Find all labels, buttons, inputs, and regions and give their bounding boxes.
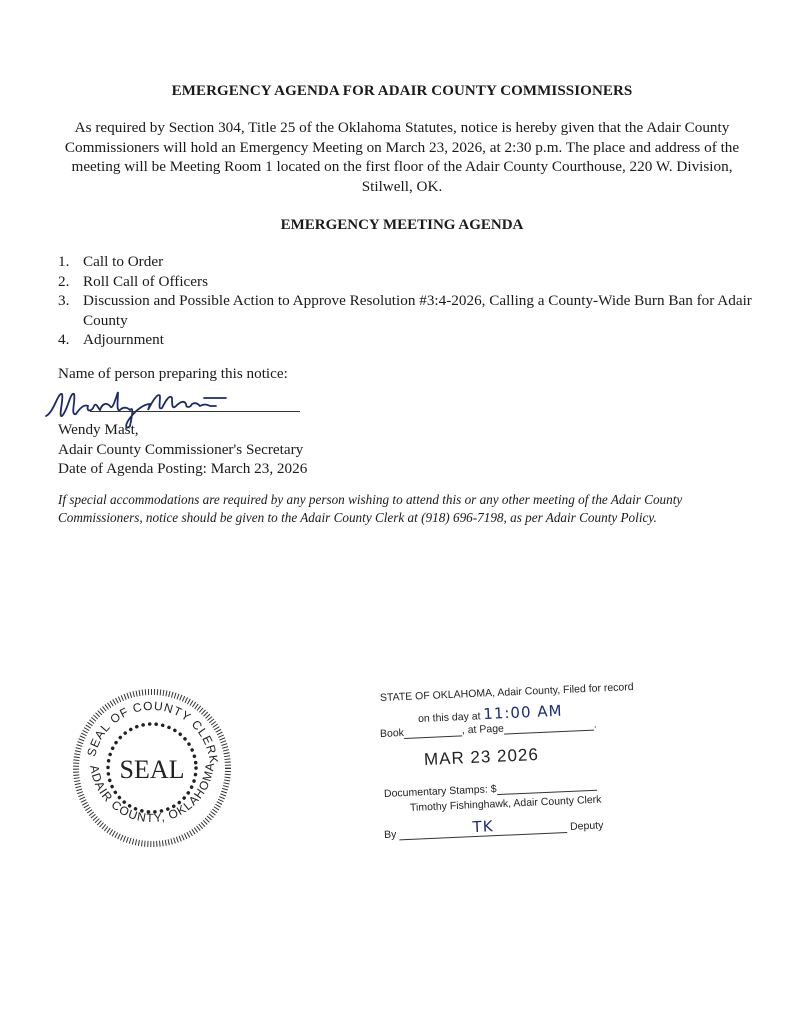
agenda-list: 1.Call to Order 2.Roll Call of Officers … xyxy=(58,252,758,350)
preparer-label: Name of person preparing this notice: xyxy=(58,365,288,383)
seal-center-text: SEAL xyxy=(120,755,185,784)
stamp-by-row: By TK Deputy xyxy=(384,812,604,841)
accommodation-notice: If special accommodations are required b… xyxy=(58,491,758,527)
preparer-block: Wendy Mast, Adair County Commissioner's … xyxy=(58,420,307,479)
agenda-heading: EMERGENCY MEETING AGENDA xyxy=(0,217,804,234)
preparer-title: Adair County Commissioner's Secretary xyxy=(58,440,307,460)
stamp-date: MAR 23 2026 xyxy=(424,745,540,770)
document-title: EMERGENCY AGENDA FOR ADAIR COUNTY COMMIS… xyxy=(0,83,804,100)
filing-stamp: STATE OF OKLAHOMA, Adair County, Filed f… xyxy=(380,684,625,834)
posting-date: Date of Agenda Posting: March 23, 2026 xyxy=(58,459,307,479)
agenda-item: 2.Roll Call of Officers xyxy=(58,272,758,292)
stamp-initials-handwritten: TK xyxy=(472,817,494,836)
agenda-item: 4.Adjournment xyxy=(58,330,758,350)
signature-line xyxy=(90,411,300,412)
agenda-item: 3.Discussion and Possible Action to Appr… xyxy=(58,291,758,330)
intro-paragraph: As required by Section 304, Title 25 of … xyxy=(60,118,744,196)
agenda-item: 1.Call to Order xyxy=(58,252,758,272)
county-clerk-seal: SEAL OF COUNTY CLERK ADAIR COUNTY, OKLAH… xyxy=(62,688,242,848)
stamp-line1: STATE OF OKLAHOMA, Adair County, Filed f… xyxy=(380,681,634,704)
preparer-name: Wendy Mast, xyxy=(58,420,307,440)
